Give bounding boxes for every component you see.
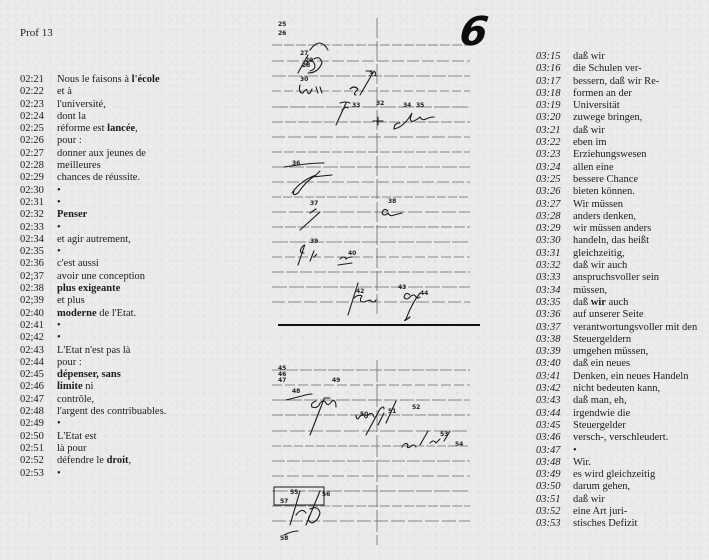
german-line: 03:38Steuergeldern [536, 334, 709, 346]
german-line: 03:35daß wir auch [536, 297, 709, 309]
german-line: 03:46versch-, verschleudert. [536, 432, 709, 444]
transcript-text: et agir autrement, [57, 234, 260, 246]
text-segment: eine Art juri- [573, 506, 627, 517]
pause-bullet: • [57, 468, 61, 479]
transcript-text: c'est aussi [57, 258, 260, 270]
pause-bullet: • [57, 185, 61, 196]
svg-text:39: 39 [310, 238, 318, 245]
timestamp: 03:18 [536, 88, 573, 100]
text-segment: lancée [107, 123, 135, 134]
transcript-text: anders denken, [573, 211, 709, 223]
timestamp: 02;42 [20, 332, 57, 344]
german-line: 03:21daß wir [536, 125, 709, 137]
german-line: 03:37verantwortungsvoller mit den [536, 322, 709, 334]
text-segment: Penser [57, 209, 87, 220]
french-line: 02:32Penser [20, 209, 260, 221]
french-line: 02:38plus exigeante [20, 283, 260, 295]
transcript-text: meilleures [57, 160, 260, 172]
german-line: 03:27Wir müssen [536, 199, 709, 211]
text-segment: et agir autrement, [57, 234, 131, 245]
text-segment: anders denken, [573, 211, 636, 222]
timestamp: 03:36 [536, 309, 573, 321]
svg-text:53: 53 [440, 431, 448, 438]
text-segment: de l'Etat. [97, 308, 137, 319]
transcript-text: zuwege bringen, [573, 112, 709, 124]
shorthand-notes-area: 25 26 27 29 28 30 31 33 32 34 35 36 37 3… [270, 15, 530, 545]
timestamp: 02:26 [20, 135, 57, 147]
german-line: 03:51daß wir [536, 494, 709, 506]
text-segment: wir [591, 297, 606, 308]
german-line: 03:31gleichzeitig, [536, 248, 709, 260]
timestamp: 02:31 [20, 197, 57, 209]
transcript-text: avoir une conception [57, 271, 260, 283]
timestamp: 02:22 [20, 86, 57, 98]
text-segment: , [129, 455, 132, 466]
french-line: 02:21Nous le faisons à l'école [20, 74, 260, 86]
text-segment: pour : [57, 357, 82, 368]
french-line: 02:34et agir autrement, [20, 234, 260, 246]
german-line: 03:24allen eine [536, 162, 709, 174]
german-line: 03:15daß wir [536, 51, 709, 63]
timestamp: 03:45 [536, 420, 573, 432]
svg-text:49: 49 [332, 377, 340, 384]
transcript-text: eine Art juri- [573, 506, 709, 518]
text-segment: , [135, 123, 138, 134]
timestamp: 02:21 [20, 74, 57, 86]
transcript-text: Universität [573, 100, 709, 112]
timestamp: 02:28 [20, 160, 57, 172]
svg-text:35: 35 [416, 102, 424, 109]
german-line: 03:44irgendwie die [536, 408, 709, 420]
transcript-text: l'argent des contribuables. [57, 406, 260, 418]
french-line: 02:45dépenser, sans [20, 369, 260, 381]
french-line: 02:51là pour [20, 443, 260, 455]
timestamp: 02:45 [20, 369, 57, 381]
transcript-text: limite ni [57, 381, 260, 393]
svg-text:33: 33 [352, 102, 360, 109]
french-line: 02:53• [20, 468, 260, 480]
timestamp: 03:40 [536, 358, 573, 370]
timestamp: 03:25 [536, 174, 573, 186]
timestamp: 02:25 [20, 123, 57, 135]
transcript-text: Penser [57, 209, 260, 221]
timestamp: 02:41 [20, 320, 57, 332]
french-transcript-column: 02:21Nous le faisons à l'école02:22et à0… [20, 74, 260, 480]
svg-text:44: 44 [420, 290, 428, 297]
text-segment: es wird gleichzeitig [573, 469, 655, 480]
german-line: 03:40daß ein neues [536, 358, 709, 370]
text-segment: Wir. [573, 457, 591, 468]
german-line: 03:52eine Art juri- [536, 506, 709, 518]
text-segment: auch [606, 297, 628, 308]
timestamp: 03:24 [536, 162, 573, 174]
german-line: 03:28anders denken, [536, 211, 709, 223]
svg-text:28: 28 [302, 62, 310, 69]
pause-bullet: • [573, 445, 577, 456]
transcript-text: L'Etat est [57, 431, 260, 443]
pause-bullet: • [57, 222, 61, 233]
timestamp: 02:51 [20, 443, 57, 455]
timestamp: 02;39 [20, 295, 57, 307]
text-segment: versch-, verschleudert. [573, 432, 668, 443]
german-line: 03:43daß man, eh, [536, 395, 709, 407]
german-line: 03:32daß wir auch [536, 260, 709, 272]
transcript-text: auf unserer Seite [573, 309, 709, 321]
german-line: 03:30handeln, das heißt [536, 235, 709, 247]
pause-bullet: • [57, 332, 61, 343]
timestamp: 02:23 [20, 99, 57, 111]
transcript-text: Nous le faisons à l'école [57, 74, 260, 86]
transcript-text: bessere Chance [573, 174, 709, 186]
transcript-text: là pour [57, 443, 260, 455]
timestamp: 03:41 [536, 371, 573, 383]
pause-bullet: • [57, 320, 61, 331]
transcript-text: es wird gleichzeitig [573, 469, 709, 481]
timestamp: 03:43 [536, 395, 573, 407]
text-segment: gleichzeitig, [573, 248, 625, 259]
german-line: 03:48Wir. [536, 457, 709, 469]
text-segment: l'argent des contribuables. [57, 406, 166, 417]
text-segment: eben im [573, 137, 607, 148]
text-segment: contrôle, [57, 394, 94, 405]
transcript-text: handeln, das heißt [573, 235, 709, 247]
transcript-text: daß ein neues [573, 358, 709, 370]
french-line: 02:36c'est aussi [20, 258, 260, 270]
text-segment: bessern, daß wir Re- [573, 76, 659, 87]
text-segment: daß wir auch [573, 260, 627, 271]
timestamp: 02:50 [20, 431, 57, 443]
svg-text:31: 31 [369, 71, 377, 78]
text-segment: verantwortungsvoller mit den [573, 322, 697, 333]
transcript-text: wir müssen anders [573, 223, 709, 235]
scanned-page: Prof 13 02:21Nous le faisons à l'école02… [0, 0, 709, 560]
french-line: 02:31• [20, 197, 260, 209]
text-segment: Wir müssen [573, 199, 623, 210]
timestamp: 02:38 [20, 283, 57, 295]
timestamp: 03:23 [536, 149, 573, 161]
svg-text:34: 34 [403, 102, 411, 109]
german-line: 03:50darum gehen, [536, 481, 709, 493]
text-segment: Denken, ein neues Handeln [573, 371, 688, 382]
timestamp: 03:32 [536, 260, 573, 272]
german-line: 03:18formen an der [536, 88, 709, 100]
transcript-text: plus exigeante [57, 283, 260, 295]
transcript-text: Denken, ein neues Handeln [573, 371, 709, 383]
timestamp: 03:37 [536, 322, 573, 334]
svg-text:48: 48 [292, 388, 300, 395]
german-line: 03:42nicht bedeuten kann, [536, 383, 709, 395]
transcript-text: l'université, [57, 99, 260, 111]
timestamp: 03:22 [536, 137, 573, 149]
timestamp: 03:51 [536, 494, 573, 506]
text-segment: daß wir [573, 51, 605, 62]
transcript-text: moderne de l'Etat. [57, 308, 260, 320]
transcript-text: • [57, 332, 260, 344]
german-line: 03:41Denken, ein neues Handeln [536, 371, 709, 383]
transcript-text: dont la [57, 111, 260, 123]
svg-text:42: 42 [356, 288, 364, 295]
text-segment: L'Etat est [57, 431, 97, 442]
french-line: 02:41• [20, 320, 260, 332]
transcript-text: bessern, daß wir Re- [573, 76, 709, 88]
transcript-text: • [57, 320, 260, 332]
text-segment: handeln, das heißt [573, 235, 649, 246]
french-line: 02:22et à [20, 86, 260, 98]
timestamp: 03:46 [536, 432, 573, 444]
timestamp: 02:40 [20, 308, 57, 320]
text-segment: c'est aussi [57, 258, 99, 269]
transcript-text: et plus [57, 295, 260, 307]
timestamp: 03:52 [536, 506, 573, 518]
transcript-text: et à [57, 86, 260, 98]
text-segment: daß wir [573, 494, 605, 505]
transcript-text: versch-, verschleudert. [573, 432, 709, 444]
french-line: 02:50L'Etat est [20, 431, 260, 443]
transcript-text: • [573, 445, 709, 457]
timestamp: 03:27 [536, 199, 573, 211]
text-segment: l'école [132, 74, 160, 85]
text-segment: et à [57, 86, 72, 97]
svg-text:27: 27 [300, 50, 308, 57]
timestamp: 03:15 [536, 51, 573, 63]
french-line: 02;42• [20, 332, 260, 344]
timestamp: 02:27 [20, 148, 57, 160]
pause-bullet: • [57, 418, 61, 429]
transcript-text: verantwortungsvoller mit den [573, 322, 709, 334]
text-segment: stisches Defizit [573, 518, 637, 529]
transcript-text: • [57, 197, 260, 209]
transcript-text: anspruchsvoller sein [573, 272, 709, 284]
text-segment: müssen, [573, 285, 607, 296]
timestamp: 03:21 [536, 125, 573, 137]
document-header-label: Prof 13 [20, 27, 53, 39]
text-segment: Nous le faisons à [57, 74, 132, 85]
german-line: 03:36auf unserer Seite [536, 309, 709, 321]
text-segment: bessere Chance [573, 174, 638, 185]
timestamp: 03:31 [536, 248, 573, 260]
text-segment: l'université, [57, 99, 106, 110]
timestamp: 03:33 [536, 272, 573, 284]
timestamp: 03:42 [536, 383, 573, 395]
transcript-text: darum gehen, [573, 481, 709, 493]
timestamp: 03:35 [536, 297, 573, 309]
transcript-text: bieten können. [573, 186, 709, 198]
svg-text:30: 30 [300, 76, 308, 83]
text-segment: daß [573, 297, 591, 308]
french-line: 02:33• [20, 222, 260, 234]
transcript-text: • [57, 246, 260, 258]
svg-text:54: 54 [455, 441, 463, 448]
transcript-text: dépenser, sans [57, 369, 260, 381]
transcript-text: müssen, [573, 285, 709, 297]
transcript-text: daß wir [573, 494, 709, 506]
german-line: 03:33anspruchsvoller sein [536, 272, 709, 284]
timestamp: 03:47 [536, 445, 573, 457]
german-line: 03:39umgehen müssen, [536, 346, 709, 358]
timestamp: 02:43 [20, 345, 57, 357]
transcript-text: daß wir auch [573, 297, 709, 309]
transcript-text: nicht bedeuten kann, [573, 383, 709, 395]
timestamp: 03:50 [536, 481, 573, 493]
text-segment: avoir une conception [57, 271, 145, 282]
text-segment: réforme est [57, 123, 107, 134]
transcript-text: gleichzeitig, [573, 248, 709, 260]
text-segment: die Schulen ver- [573, 63, 642, 74]
timestamp: 03:49 [536, 469, 573, 481]
text-segment: darum gehen, [573, 481, 630, 492]
transcript-text: die Schulen ver- [573, 63, 709, 75]
french-line: 02:40moderne de l'Etat. [20, 308, 260, 320]
svg-text:36: 36 [292, 160, 300, 167]
timestamp: 02:52 [20, 455, 57, 467]
text-segment: daß man, eh, [573, 395, 627, 406]
timestamp: 03:26 [536, 186, 573, 198]
text-segment: auf unserer Seite [573, 309, 644, 320]
text-segment: chances de réussite. [57, 172, 140, 183]
text-segment: formen an der [573, 88, 632, 99]
timestamp: 03:16 [536, 63, 573, 75]
german-line: 03:47• [536, 445, 709, 457]
timestamp: 03:39 [536, 346, 573, 358]
french-line: 02;37avoir une conception [20, 271, 260, 283]
french-line: 02:35• [20, 246, 260, 258]
svg-text:32: 32 [376, 100, 384, 107]
text-segment: nicht bedeuten kann, [573, 383, 660, 394]
text-segment: meilleures [57, 160, 101, 171]
text-segment: plus exigeante [57, 283, 120, 294]
german-line: 03:53stisches Defizit [536, 518, 709, 530]
transcript-text: réforme est lancée, [57, 123, 260, 135]
svg-text:58: 58 [280, 535, 288, 542]
german-line: 03:17bessern, daß wir Re- [536, 76, 709, 88]
transcript-text: Steuergeldern [573, 334, 709, 346]
text-segment: là pour [57, 443, 86, 454]
text-segment: umgehen müssen, [573, 346, 648, 357]
french-line: 02:23l'université, [20, 99, 260, 111]
timestamp: 02:32 [20, 209, 57, 221]
transcript-text: daß wir [573, 51, 709, 63]
text-segment: et plus [57, 295, 85, 306]
text-segment: Erziehungswesen [573, 149, 646, 160]
french-line: 02:30• [20, 185, 260, 197]
svg-text:26: 26 [278, 30, 286, 37]
french-line: 02:28meilleures [20, 160, 260, 172]
text-segment: daß wir [573, 125, 605, 136]
text-segment: daß ein neues [573, 358, 630, 369]
french-line: 02:48l'argent des contribuables. [20, 406, 260, 418]
transcript-text: daß man, eh, [573, 395, 709, 407]
text-segment: zuwege bringen, [573, 112, 642, 123]
svg-text:50: 50 [360, 411, 368, 418]
french-line: 02:27donner aux jeunes de [20, 148, 260, 160]
timestamp: 03:19 [536, 100, 573, 112]
svg-text:25: 25 [278, 21, 286, 28]
svg-text:56: 56 [322, 491, 330, 498]
timestamp: 03:17 [536, 76, 573, 88]
timestamp: 02:49 [20, 418, 57, 430]
timestamp: 02:44 [20, 357, 57, 369]
timestamp: 03:29 [536, 223, 573, 235]
german-line: 03:45Steuergelder [536, 420, 709, 432]
transcript-text: umgehen müssen, [573, 346, 709, 358]
french-line: 02;39et plus [20, 295, 260, 307]
svg-text:55: 55 [290, 489, 298, 496]
timestamp: 03:53 [536, 518, 573, 530]
german-line: 03:29wir müssen anders [536, 223, 709, 235]
svg-text:52: 52 [412, 404, 420, 411]
transcript-text: chances de réussite. [57, 172, 260, 184]
transcript-text: • [57, 185, 260, 197]
transcript-text: • [57, 468, 260, 480]
german-line: 03:49es wird gleichzeitig [536, 469, 709, 481]
timestamp: 02:35 [20, 246, 57, 258]
german-line: 03:26bieten können. [536, 186, 709, 198]
timestamp: 02:33 [20, 222, 57, 234]
transcript-text: stisches Defizit [573, 518, 709, 530]
transcript-text: pour : [57, 357, 260, 369]
timestamp: 02:29 [20, 172, 57, 184]
pause-bullet: • [57, 246, 61, 257]
timestamp: 02;37 [20, 271, 57, 283]
text-segment: moderne [57, 308, 97, 319]
transcript-text: donner aux jeunes de [57, 148, 260, 160]
svg-text:57: 57 [280, 498, 288, 505]
transcript-text: eben im [573, 137, 709, 149]
french-line: 02:44pour : [20, 357, 260, 369]
transcript-text: daß wir auch [573, 260, 709, 272]
text-segment: limite [57, 381, 83, 392]
timestamp: 02:24 [20, 111, 57, 123]
french-line: 02:26pour : [20, 135, 260, 147]
french-line: 02:24dont la [20, 111, 260, 123]
transcript-text: allen eine [573, 162, 709, 174]
german-line: 03:20zuwege bringen, [536, 112, 709, 124]
timestamp: 02:47 [20, 394, 57, 406]
transcript-text: • [57, 222, 260, 234]
timestamp: 02:30 [20, 185, 57, 197]
german-line: 03:23Erziehungswesen [536, 149, 709, 161]
text-segment: Steuergelder [573, 420, 626, 431]
text-segment: irgendwie die [573, 408, 630, 419]
timestamp: 02:36 [20, 258, 57, 270]
timestamp: 03:48 [536, 457, 573, 469]
transcript-text: Wir müssen [573, 199, 709, 211]
text-segment: défendre le [57, 455, 107, 466]
text-segment: L'Etat n'est pas là [57, 345, 130, 356]
timestamp: 03:20 [536, 112, 573, 124]
transcript-text: Steuergelder [573, 420, 709, 432]
text-segment: Steuergeldern [573, 334, 631, 345]
text-segment: ni [83, 381, 94, 392]
timestamp: 02:46 [20, 381, 57, 393]
transcript-text: daß wir [573, 125, 709, 137]
transcript-text: L'Etat n'est pas là [57, 345, 260, 357]
text-segment: bieten können. [573, 186, 635, 197]
german-line: 03:34müssen, [536, 285, 709, 297]
text-segment: allen eine [573, 162, 614, 173]
svg-text:47: 47 [278, 377, 286, 384]
french-line: 02:29chances de réussite. [20, 172, 260, 184]
svg-text:38: 38 [388, 198, 396, 205]
shorthand-notes-drawing: 25 26 27 29 28 30 31 33 32 34 35 36 37 3… [270, 15, 530, 545]
german-line: 03:19Universität [536, 100, 709, 112]
french-line: 02:49• [20, 418, 260, 430]
timestamp: 02:48 [20, 406, 57, 418]
text-segment: dépenser, sans [57, 369, 121, 380]
german-line: 03:25bessere Chance [536, 174, 709, 186]
transcript-text: irgendwie die [573, 408, 709, 420]
svg-text:43: 43 [398, 284, 406, 291]
